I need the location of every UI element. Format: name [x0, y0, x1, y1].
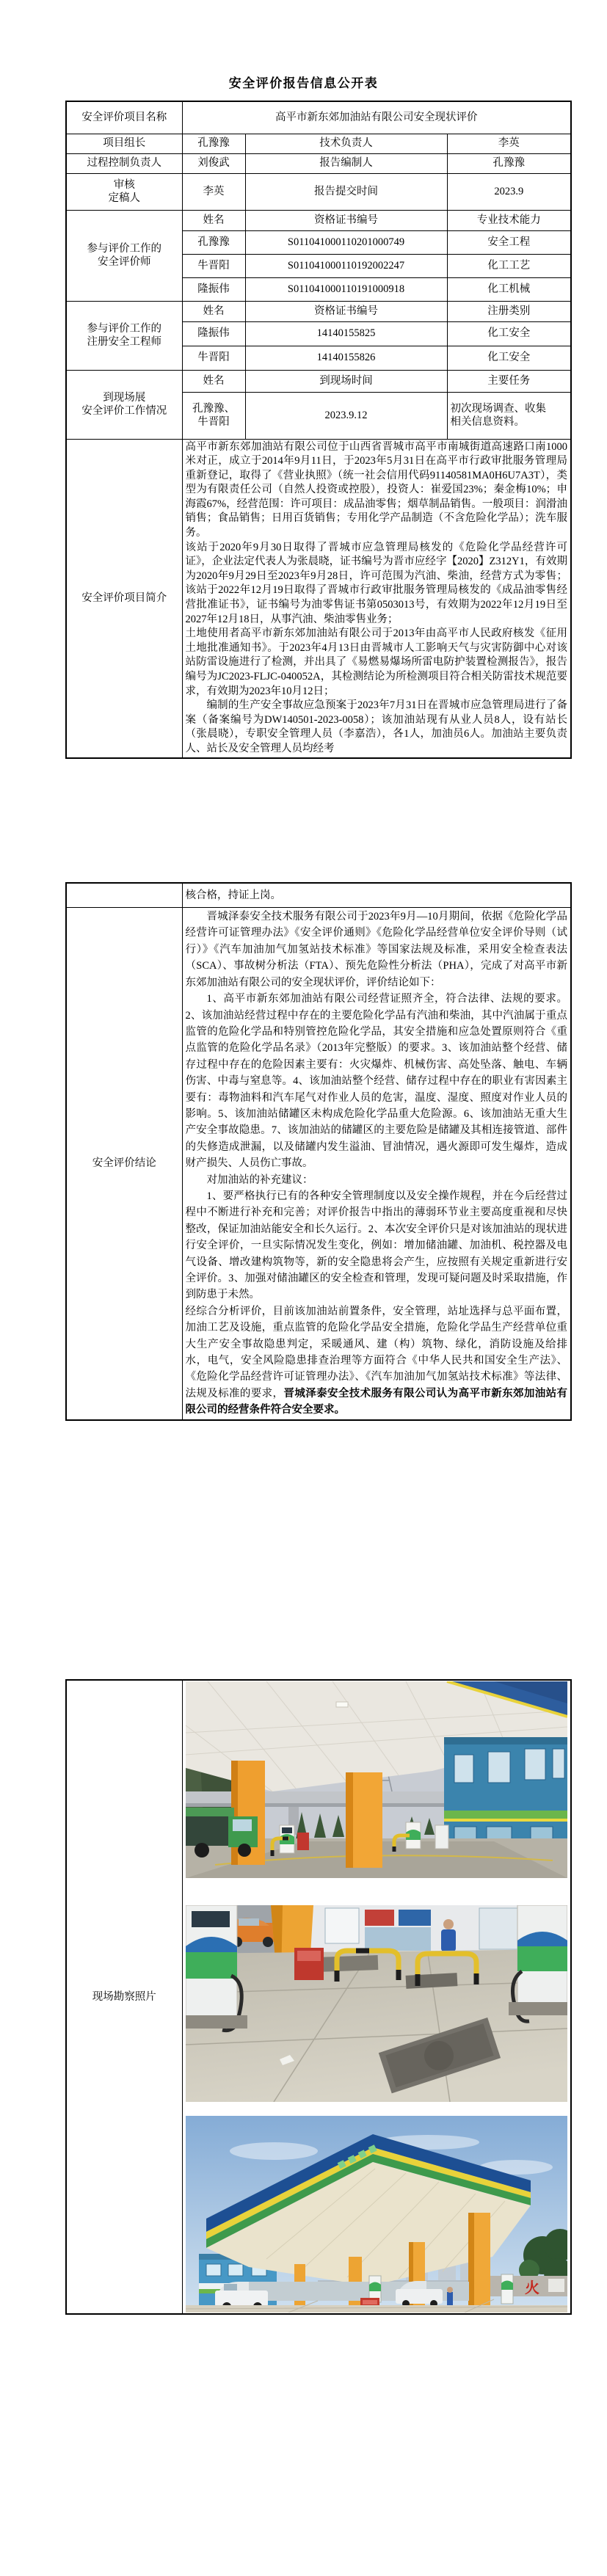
engineers-section-label: 参与评价工作的 注册安全工程师	[66, 301, 182, 370]
evaluator-name: 牛晋阳	[182, 254, 245, 277]
conclusion-table: 核合格，持证上岗。 安全评价结论 晋城泽泰安全技术服务有限公司于2023年9月—…	[65, 882, 572, 1421]
table-row: 参与评价工作的 注册安全工程师 姓名 资格证书编号 注册类别	[66, 301, 571, 321]
site-photo-canopy-underside	[186, 1681, 567, 1878]
site-visit-col-time: 到现场时间	[245, 370, 447, 392]
site-photo-exterior: 火 火	[186, 2116, 567, 2313]
tech-lead-value: 李英	[447, 134, 571, 153]
leader-label: 项目组长	[66, 134, 182, 153]
engineer-name: 牛晋阳	[182, 346, 245, 370]
submit-time-label: 报告提交时间	[245, 173, 447, 210]
table-row: 参与评价工作的 安全评价师 姓名 资格证书编号 专业技术能力	[66, 210, 571, 230]
process-ctrl-value: 刘俊武	[182, 153, 245, 173]
table-row: 审核 定稿人 李英 报告提交时间 2023.9	[66, 173, 571, 210]
site-visit-col-name: 姓名	[182, 370, 245, 392]
engineers-col-type: 注册类别	[447, 301, 571, 321]
engineer-name: 隆振伟	[182, 321, 245, 346]
carryover-text: 核合格，持证上岗。	[186, 887, 568, 903]
evaluator-skill: 安全工程	[447, 230, 571, 254]
intro-paragraph: 土地使用者高平市新东郊加油站有限公司于2013年由高平市人民政府核发《征用土地批…	[186, 627, 568, 699]
submit-time-value: 2023.9	[447, 173, 571, 210]
table-row: 过程控制负责人 刘俊武 报告编制人 孔豫豫	[66, 153, 571, 173]
tech-lead-label: 技术负责人	[245, 134, 447, 153]
process-ctrl-label: 过程控制负责人	[66, 153, 182, 173]
evaluators-col-skill: 专业技术能力	[447, 210, 571, 230]
table-row: 核合格，持证上岗。	[66, 883, 571, 908]
reviewer-value: 李英	[182, 173, 245, 210]
site-visit-section-label: 到现场展 安全评价工作情况	[66, 370, 182, 439]
project-info-table: 安全评价项目名称 高平市新东郊加油站有限公司安全现状评价 项目组长 孔豫豫 技术…	[65, 101, 572, 759]
table-row: 到现场展 安全评价工作情况 姓名 到现场时间 主要任务	[66, 370, 571, 392]
site-photo-forecourt	[186, 1905, 567, 2102]
photos-cell: 火 火	[182, 1680, 571, 2314]
engineer-cert: 14140155825	[245, 321, 447, 346]
document-page: 安全评价报告信息公开表 安全评价项目名称 高平市新东郊加油站有限公司安全现状评价…	[0, 0, 607, 2576]
page-title: 安全评价报告信息公开表	[0, 73, 607, 91]
page-break-gap	[0, 759, 607, 882]
site-visit-time: 2023.9.12	[245, 392, 447, 439]
conclusion-final-normal: 经综合分析评价，目前该加油站前置条件，安全管理，站址选择与总平面布置，加油工艺及…	[186, 1306, 568, 1400]
evaluators-section-label: 参与评价工作的 安全评价师	[66, 210, 182, 301]
site-visit-task: 初次现场调查、收集 相关信息资料。	[447, 392, 571, 439]
conclusion-paragraph: 晋城泽泰安全技术服务有限公司于2023年9月—10月期间，依据《危险化学品经营许…	[186, 909, 568, 991]
svg-text:火: 火	[525, 2279, 539, 2296]
conclusion-section-label: 安全评价结论	[66, 908, 182, 1420]
engineers-col-cert: 资格证书编号	[245, 301, 447, 321]
engineer-cert: 14140155826	[245, 346, 447, 370]
intro-text-cell: 高平市新东郊加油站有限公司位于山西省晋城市高平市南城街道高速路口南1000米对正…	[182, 439, 571, 758]
evaluators-col-cert: 资格证书编号	[245, 210, 447, 230]
empty-label-cell	[66, 883, 182, 908]
reviewer-label: 审核 定稿人	[66, 173, 182, 210]
intro-section-label: 安全评价项目简介	[66, 439, 182, 758]
table-row: 现场勘察照片	[66, 1680, 571, 2314]
intro-paragraph: 高平市新东郊加油站有限公司位于山西省晋城市高平市南城街道高速路口南1000米对正…	[186, 440, 568, 541]
conclusion-paragraph: 1、要严格执行已有的各种安全管理制度以及安全操作规程，并在今后经营过程中不断进行…	[186, 1188, 568, 1303]
photos-section-label: 现场勘察照片	[66, 1680, 182, 2314]
evaluator-name: 隆振伟	[182, 277, 245, 301]
evaluator-cert: S011041000110192002247	[245, 254, 447, 277]
site-visit-col-task: 主要任务	[447, 370, 571, 392]
engineers-col-name: 姓名	[182, 301, 245, 321]
report-writer-label: 报告编制人	[245, 153, 447, 173]
evaluator-skill: 化工工艺	[447, 254, 571, 277]
project-name-label: 安全评价项目名称	[66, 101, 182, 134]
report-writer-value: 孔豫豫	[447, 153, 571, 173]
leader-value: 孔豫豫	[182, 134, 245, 153]
site-visit-name: 孔豫豫、 牛晋阳	[182, 392, 245, 439]
conclusion-final-paragraph: 经综合分析评价，目前该加油站前置条件，安全管理，站址选择与总平面布置，加油工艺及…	[186, 1303, 568, 1419]
intro-paragraph: 编制的生产安全事故应急预案于2023年7月31日在晋城市应急管理局进行了备案（备…	[186, 699, 568, 756]
carryover-text-cell: 核合格，持证上岗。	[182, 883, 571, 908]
evaluators-col-name: 姓名	[182, 210, 245, 230]
photos-table: 现场勘察照片	[65, 1679, 572, 2315]
evaluator-cert: S011041000110201000749	[245, 230, 447, 254]
project-name-value: 高平市新东郊加油站有限公司安全现状评价	[182, 101, 571, 134]
conclusion-paragraph: 对加油站的补充建议：	[186, 1172, 568, 1188]
table-row: 项目组长 孔豫豫 技术负责人 李英	[66, 134, 571, 153]
table-row: 安全评价结论 晋城泽泰安全技术服务有限公司于2023年9月—10月期间，依据《危…	[66, 908, 571, 1420]
table-row: 安全评价项目名称 高平市新东郊加油站有限公司安全现状评价	[66, 101, 571, 134]
table-row: 安全评价项目简介 高平市新东郊加油站有限公司位于山西省晋城市高平市南城街道高速路…	[66, 439, 571, 758]
intro-paragraph: 该站于2020年9月30日取得了晋城市应急管理局核发的《危险化学品经营许可证》，…	[186, 541, 568, 627]
conclusion-paragraph: 1、高平市新东郊加油站有限公司经营证照齐全，符合法律、法规的要求。2、该加油站经…	[186, 991, 568, 1171]
engineer-type: 化工安全	[447, 346, 571, 370]
evaluator-skill: 化工机械	[447, 277, 571, 301]
evaluator-cert: S011041000110191000918	[245, 277, 447, 301]
conclusion-text-cell: 晋城泽泰安全技术服务有限公司于2023年9月—10月期间，依据《危险化学品经营许…	[182, 908, 571, 1420]
evaluator-name: 孔豫豫	[182, 230, 245, 254]
engineer-type: 化工安全	[447, 321, 571, 346]
page-break-gap	[0, 1421, 607, 1679]
